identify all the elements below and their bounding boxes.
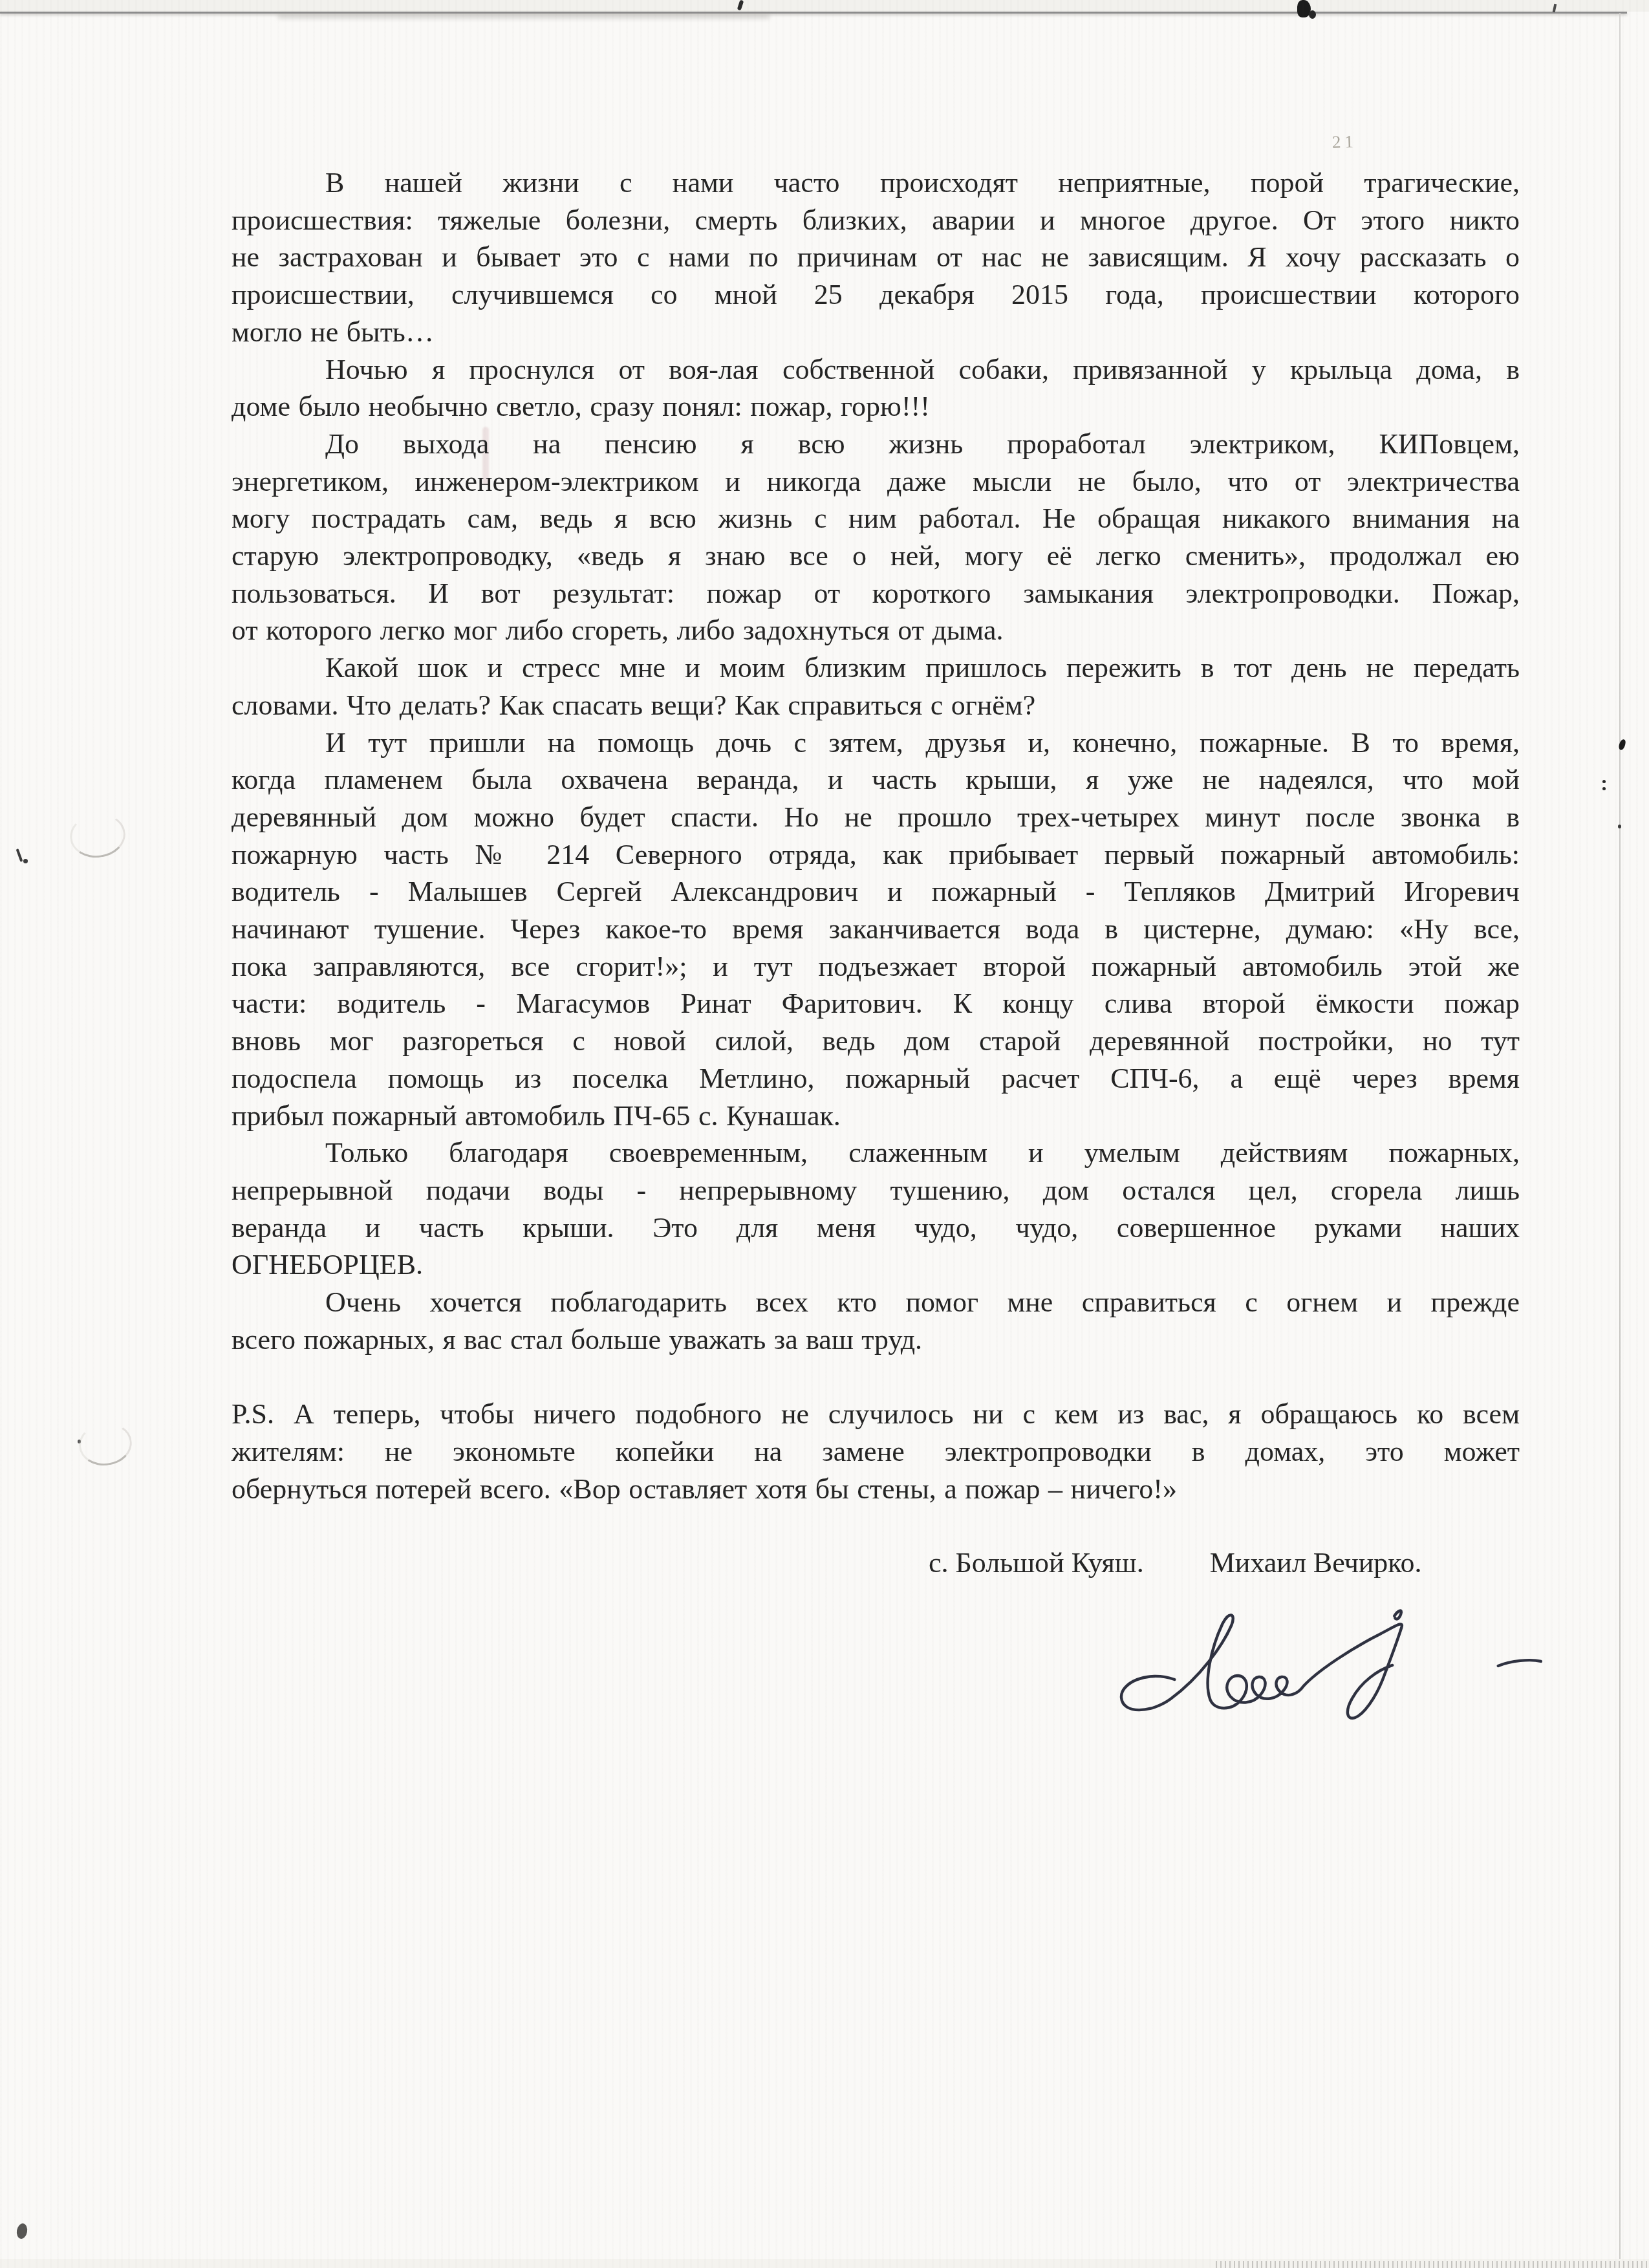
signature-accent-stroke bbox=[1394, 1611, 1401, 1619]
text-line: части: водитель - Магасумов Ринат Фарито… bbox=[232, 985, 1520, 1022]
signoff-place: с. Большой Куяш. bbox=[929, 1544, 1144, 1582]
signoff-line: с. Большой Куяш. Михаил Вечирко. bbox=[232, 1544, 1520, 1582]
text-line: пользоваться. И вот результат: пожар от … bbox=[232, 575, 1520, 612]
pencil-scribble bbox=[16, 848, 23, 862]
text-line: не застрахован и бывает это с нами по пр… bbox=[232, 239, 1520, 276]
scan-top-line bbox=[0, 12, 1627, 14]
scan-right-edge-line bbox=[1619, 13, 1621, 2268]
paragraph: В нашей жизни с нами часто происходят не… bbox=[232, 164, 1520, 351]
text-line: доме было необычно светло, сразу понял: … bbox=[232, 388, 1520, 426]
signoff-author: Михаил Вечирко. bbox=[1210, 1544, 1422, 1582]
text-line: подоспела помощь из поселка Метлино, пож… bbox=[232, 1060, 1520, 1097]
text-line: могло не быть… bbox=[232, 314, 1520, 351]
ink-speck bbox=[1309, 10, 1316, 19]
scan-top-strip bbox=[0, 0, 1649, 12]
scan-top-line-shadow bbox=[278, 14, 770, 19]
scanned-letter-page: 21 В нашей жизни с нами часто происходят… bbox=[0, 0, 1649, 2268]
cup-stain-mark bbox=[67, 810, 128, 861]
ink-speck bbox=[1602, 780, 1606, 783]
text-line: прибыл пожарный автомобиль ПЧ-65 с. Куна… bbox=[232, 1097, 1520, 1135]
text-line: непрерывной подачи воды - непрерывному т… bbox=[232, 1172, 1520, 1209]
text-line: энергетиком, инженером-электриком и нико… bbox=[232, 463, 1520, 501]
paragraph: До выхода на пенсию я всю жизнь проработ… bbox=[232, 426, 1520, 649]
text-line: деревянный дом можно будет спасти. Но не… bbox=[232, 799, 1520, 836]
text-line: И тут пришли на помощь дочь с зятем, дру… bbox=[232, 724, 1520, 762]
handwritten-signature bbox=[1111, 1603, 1571, 1759]
text-line: вновь мог разгореться с новой силой, вед… bbox=[232, 1022, 1520, 1060]
ink-speck bbox=[1602, 787, 1606, 790]
letter-body: В нашей жизни с нами часто происходят не… bbox=[232, 164, 1520, 1507]
text-line: водитель - Малышев Сергей Александрович … bbox=[232, 873, 1520, 911]
paragraph: P.S. А теперь, чтобы ничего подобного не… bbox=[232, 1396, 1520, 1507]
paragraph: И тут пришли на помощь дочь с зятем, дру… bbox=[232, 724, 1520, 1135]
pencil-scribble bbox=[23, 859, 28, 863]
text-line: Очень хочется поблагодарить всех кто пом… bbox=[232, 1284, 1520, 1321]
text-line: могу пострадать сам, ведь я всю жизнь с … bbox=[232, 500, 1520, 537]
text-line: старую электропроводку, «ведь я знаю все… bbox=[232, 537, 1520, 575]
paragraph: Только благодаря своевременным, слаженны… bbox=[232, 1134, 1520, 1284]
text-line: пока заправляются, все сгорит!»; и тут п… bbox=[232, 948, 1520, 986]
pencil-page-note: 21 bbox=[1331, 131, 1357, 152]
text-line: ОГНЕБОРЦЕВ. bbox=[232, 1246, 1520, 1284]
text-line: словами. Что делать? Как спасать вещи? К… bbox=[232, 687, 1520, 724]
text-line: начинают тушение. Через какое-то время з… bbox=[232, 911, 1520, 948]
cup-stain-mark bbox=[76, 1420, 134, 1469]
text-line: происшествия: тяжелые болезни, смерть бл… bbox=[232, 202, 1520, 239]
text-line: Только благодаря своевременным, слаженны… bbox=[232, 1134, 1520, 1172]
text-line: когда пламенем была охвачена веранда, и … bbox=[232, 761, 1520, 799]
signature-main-stroke bbox=[1121, 1615, 1402, 1718]
paragraph: Ночью я проснулся от воя-лая собственной… bbox=[232, 351, 1520, 426]
text-line: от которого легко мог либо сгореть, либо… bbox=[232, 612, 1520, 649]
text-line: До выхода на пенсию я всю жизнь проработ… bbox=[232, 426, 1520, 463]
text-line: обернуться потерей всего. «Вор оставляет… bbox=[232, 1471, 1520, 1508]
text-line: всего пожарных, я вас стал больше уважат… bbox=[232, 1321, 1520, 1359]
text-line: Какой шок и стресс мне и моим близким пр… bbox=[232, 649, 1520, 687]
text-line: Ночью я проснулся от воя-лая собственной… bbox=[232, 351, 1520, 389]
text-line: В нашей жизни с нами часто происходят не… bbox=[232, 164, 1520, 202]
scan-bottom-grain bbox=[1216, 2261, 1649, 2268]
signature-dash-stroke bbox=[1498, 1660, 1541, 1666]
text-line: жителям: не экономьте копейки на замене … bbox=[232, 1433, 1520, 1471]
text-line: P.S. А теперь, чтобы ничего подобного не… bbox=[232, 1396, 1520, 1433]
text-line: пожарную часть № 214 Северного отряда, к… bbox=[232, 836, 1520, 874]
paragraph: Какой шок и стресс мне и моим близким пр… bbox=[232, 649, 1520, 724]
paragraph: Очень хочется поблагодарить всех кто пом… bbox=[232, 1284, 1520, 1358]
ink-speck bbox=[16, 2223, 28, 2240]
text-line: веранда и часть крыши. Это для меня чудо… bbox=[232, 1209, 1520, 1247]
text-line: происшествии, случившемся со мной 25 дек… bbox=[232, 276, 1520, 314]
ink-speck bbox=[1618, 825, 1621, 828]
